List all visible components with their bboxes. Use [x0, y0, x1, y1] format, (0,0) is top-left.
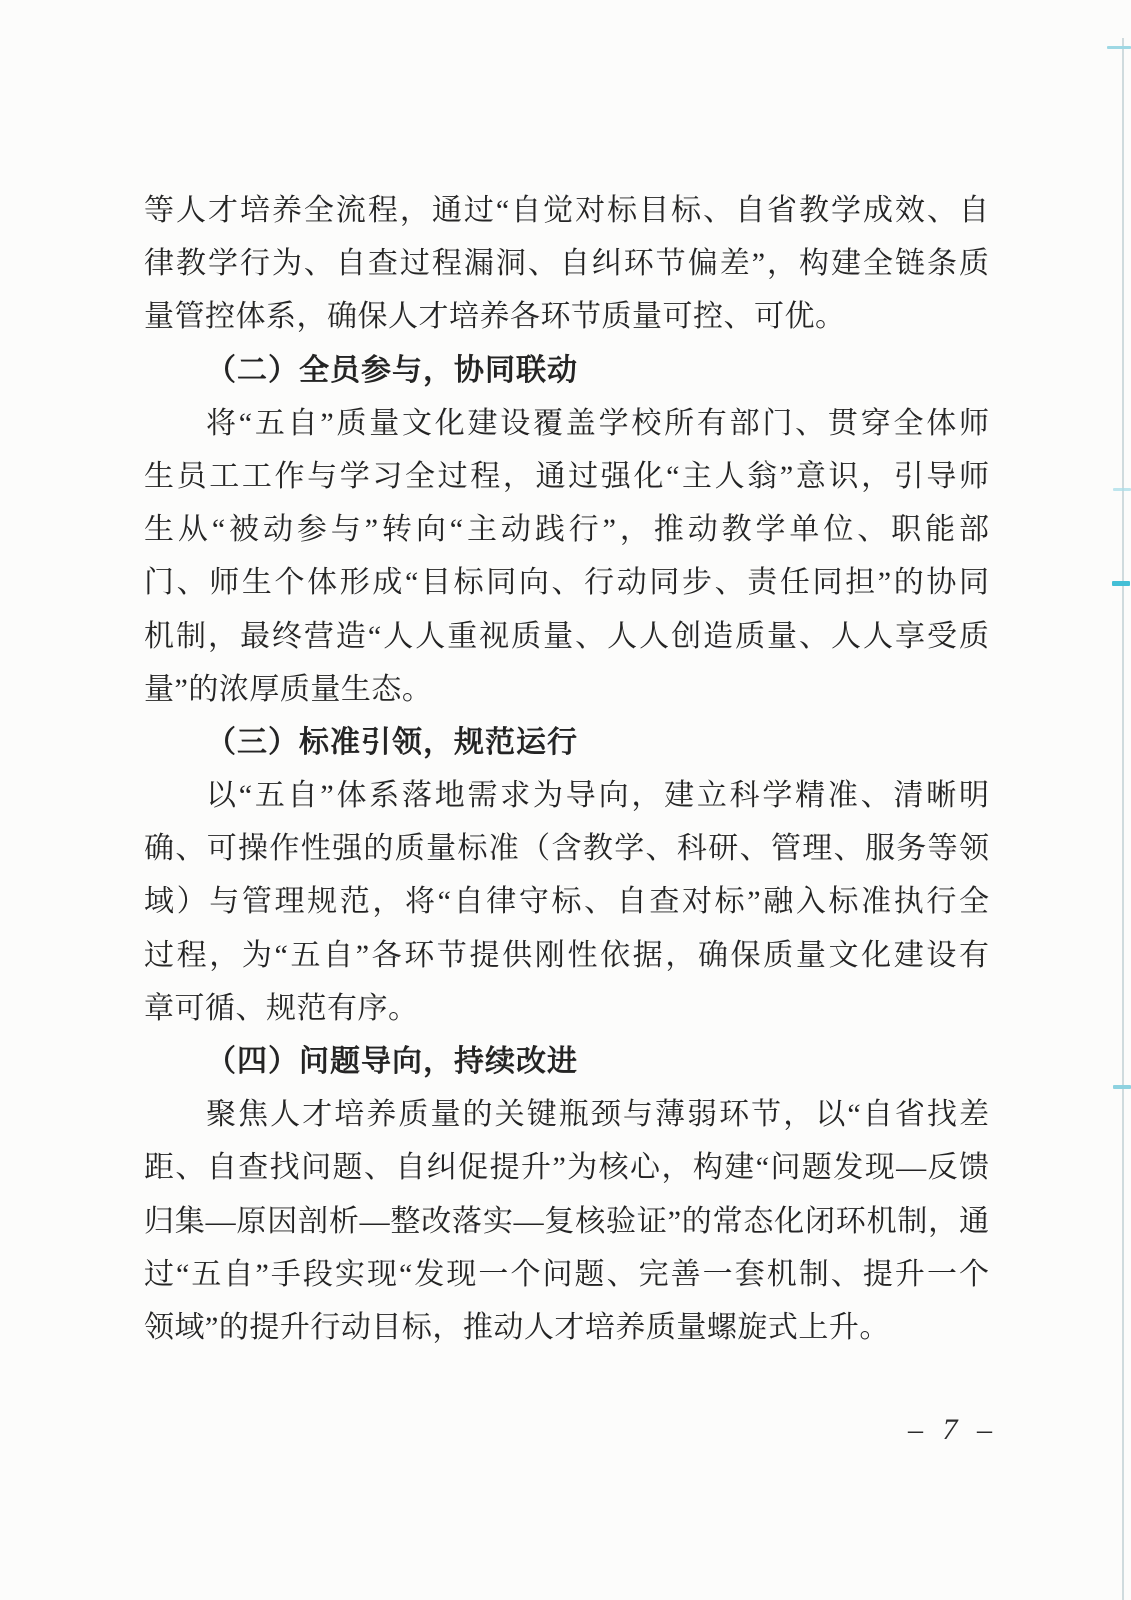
text-line: 律教学行为、自查过程漏洞、自纠环节偏差”，构建全链条质 — [144, 237, 989, 290]
scan-cyan-tick-artifact — [1113, 488, 1131, 491]
text-line: 聚焦人才培养质量的关键瓶颈与薄弱环节，以“自省找差 — [144, 1088, 989, 1141]
text-line: 过程，为“五自”各环节提供刚性依据，确保质量文化建设有 — [144, 929, 989, 982]
text-line: 确、可操作性强的质量标准（含教学、科研、管理、服务等领 — [144, 822, 989, 875]
text-line: 等人才培养全流程，通过“自觉对标目标、自省教学成效、自 — [144, 184, 989, 237]
text-line: 距、自查找问题、自纠促提升”为核心，构建“问题发现—反馈 — [144, 1141, 989, 1194]
section-heading: （四）问题导向，持续改进 — [144, 1035, 989, 1088]
text-line: 生员工工作与学习全过程，通过强化“主人翁”意识，引导师 — [144, 450, 989, 503]
section-heading: （三）标准引领，规范运行 — [144, 716, 989, 769]
text-line: 生从“被动参与”转向“主动践行”，推动教学单位、职能部 — [144, 503, 989, 556]
page-number: – 7 – — [893, 1410, 1013, 1450]
scanned-document-page: 等人才培养全流程，通过“自觉对标目标、自省教学成效、自 律教学行为、自查过程漏洞… — [0, 0, 1131, 1600]
scan-cyan-tick-artifact — [1113, 1085, 1131, 1089]
scan-cyan-tick-artifact — [1107, 46, 1131, 49]
text-line: 过“五自”手段实现“发现一个问题、完善一套机制、提升一个 — [144, 1248, 989, 1301]
text-line: 以“五自”体系落地需求为导向，建立科学精准、清晰明 — [144, 769, 989, 822]
text-line: 归集—原因剖析—整改落实—复核验证”的常态化闭环机制，通 — [144, 1195, 989, 1248]
text-line: 将“五自”质量文化建设覆盖学校所有部门、贯穿全体师 — [144, 397, 989, 450]
scan-cyan-tick-artifact — [1112, 581, 1130, 586]
text-line: 域）与管理规范，将“自律守标、自查对标”融入标准执行全 — [144, 875, 989, 928]
text-line: 机制，最终营造“人人重视质量、人人创造质量、人人享受质 — [144, 610, 989, 663]
text-line: 门、师生个体形成“目标同向、行动同步、责任同担”的协同 — [144, 556, 989, 609]
text-line: 章可循、规范有序。 — [144, 982, 989, 1035]
section-heading: （二）全员参与，协同联动 — [144, 344, 989, 397]
text-line: 量管控体系，确保人才培养各环节质量可控、可优。 — [144, 290, 989, 343]
text-line: 领域”的提升行动目标，推动人才培养质量螺旋式上升。 — [144, 1301, 989, 1354]
text-line: 量”的浓厚质量生态。 — [144, 663, 989, 716]
scan-edge-line-artifact — [1122, 38, 1124, 1600]
document-text-block: 等人才培养全流程，通过“自觉对标目标、自省教学成效、自 律教学行为、自查过程漏洞… — [144, 184, 989, 1354]
